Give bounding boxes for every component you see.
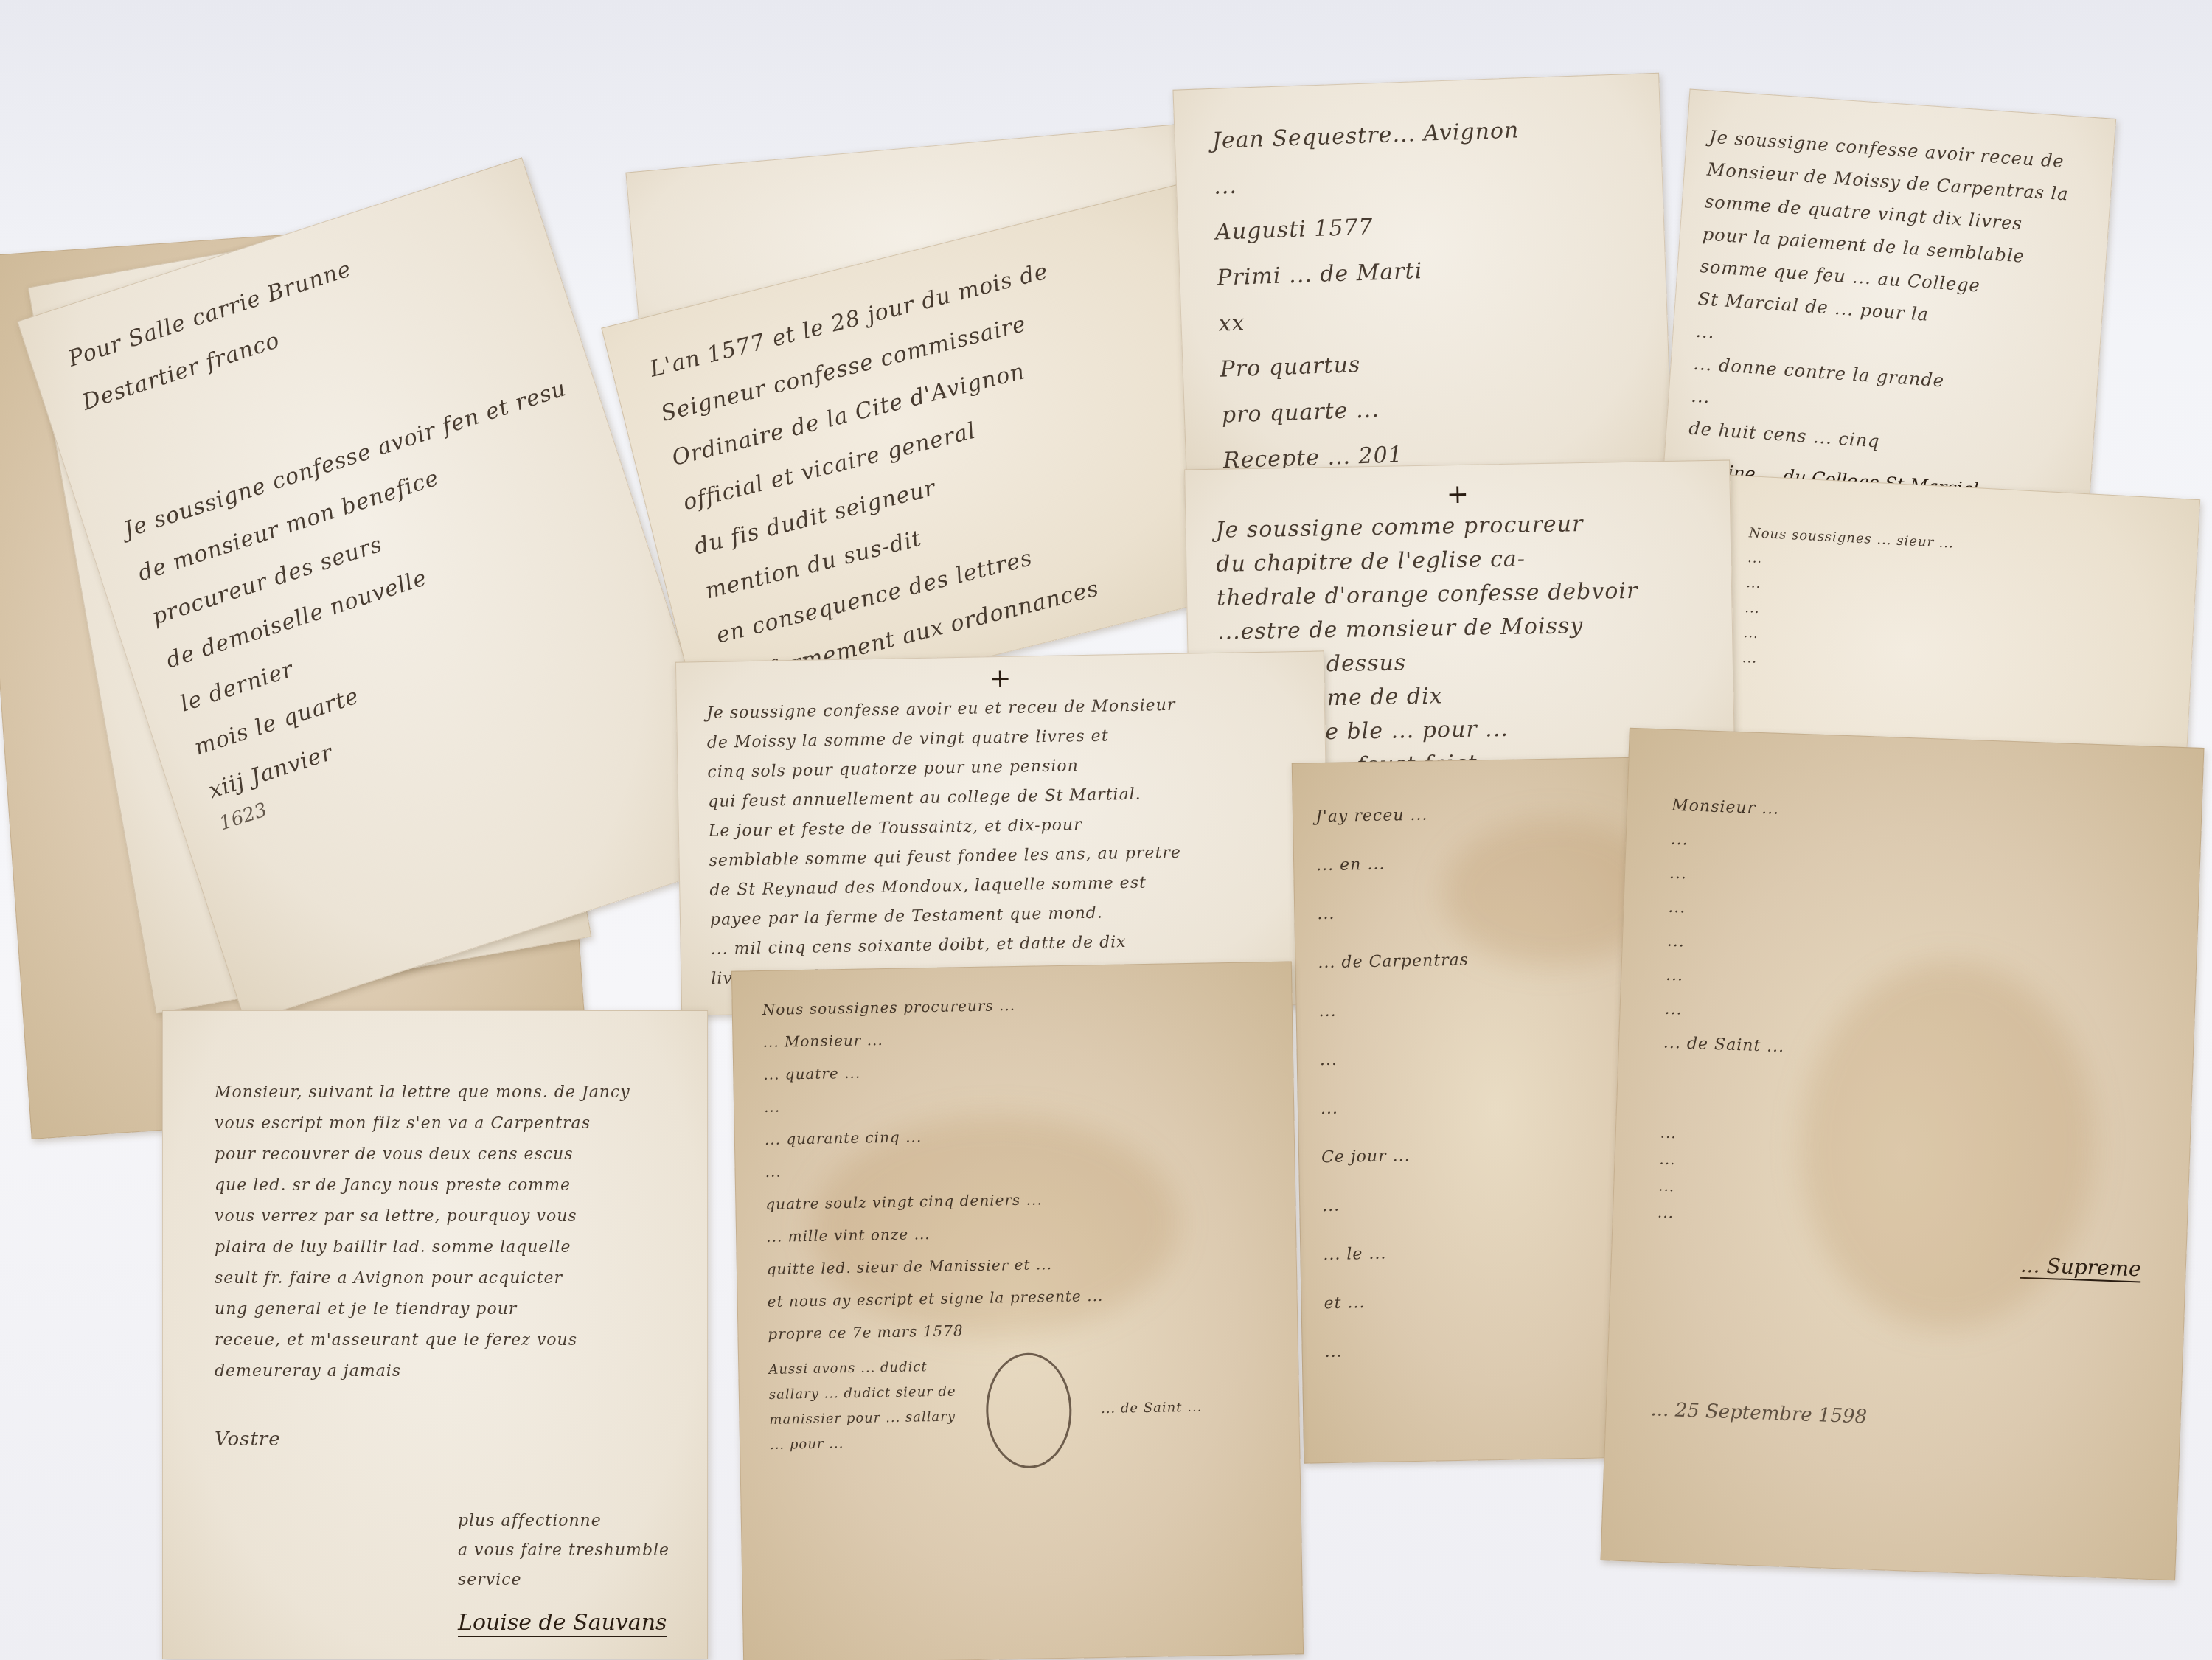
script-line: Monsieur, suivant la lettre que mons. de…: [215, 1077, 670, 1108]
script-line: ... en ...: [1316, 836, 1669, 890]
seal-flourish-icon: [985, 1352, 1073, 1469]
script-line: plaira de luy baillir lad. somme laquell…: [215, 1232, 670, 1263]
seal-note: ... de Saint ...: [1101, 1395, 1203, 1422]
margin-note: sallary ... dudict sieur de: [769, 1379, 956, 1407]
margin-note: Aussi avons ... dudict: [768, 1354, 956, 1382]
script-line: que led. sr de Jancy nous preste comme: [215, 1170, 670, 1201]
script-line: ung general et je le tiendray pour: [215, 1294, 670, 1325]
document-top-right-list: Jean Sequestre... Avignon ... Augusti 15…: [1172, 73, 1673, 503]
script-line: ...: [1317, 884, 1670, 939]
script-line: seult fr. faire a Avignon pour acquicter: [215, 1263, 670, 1294]
script-line: receue, et m'asseurant que le ferez vous: [215, 1325, 670, 1356]
closing-line: plus affectionne: [458, 1507, 670, 1536]
margin-note: ... pour ...: [770, 1429, 957, 1457]
script-line: ... de Carpentras: [1318, 933, 1671, 987]
signature: Louise de Sauvans: [458, 1610, 667, 1637]
salutation: Vostre: [215, 1417, 670, 1462]
document-bottom-center-receipt: Nous soussignes procureurs ... ... Monsi…: [731, 961, 1304, 1660]
margin-note: manissier pour ... sallary: [769, 1404, 956, 1432]
document-center-cross-letter: + Je soussigne confesse avoir eu et rece…: [675, 650, 1330, 1015]
script-line: demeureray a jamais: [215, 1356, 670, 1387]
script-line: vous escript mon filz s'en va a Carpentr…: [215, 1108, 670, 1139]
document-bottom-right-letter: Monsieur ... ... ... ... ... ... ... ...…: [1601, 728, 2205, 1581]
script-line: vous verrez par sa lettre, pourquoy vous: [215, 1201, 670, 1232]
script-line: J'ay receu ...: [1315, 787, 1668, 841]
closing-line: a vous faire treshumble: [458, 1536, 670, 1566]
closing-line: service: [458, 1566, 670, 1595]
script-line: pour recouvrer de vous deux cens escus: [215, 1139, 670, 1170]
document-bottom-left-letter: Monsieur, suivant la lettre que mons. de…: [162, 1010, 708, 1659]
